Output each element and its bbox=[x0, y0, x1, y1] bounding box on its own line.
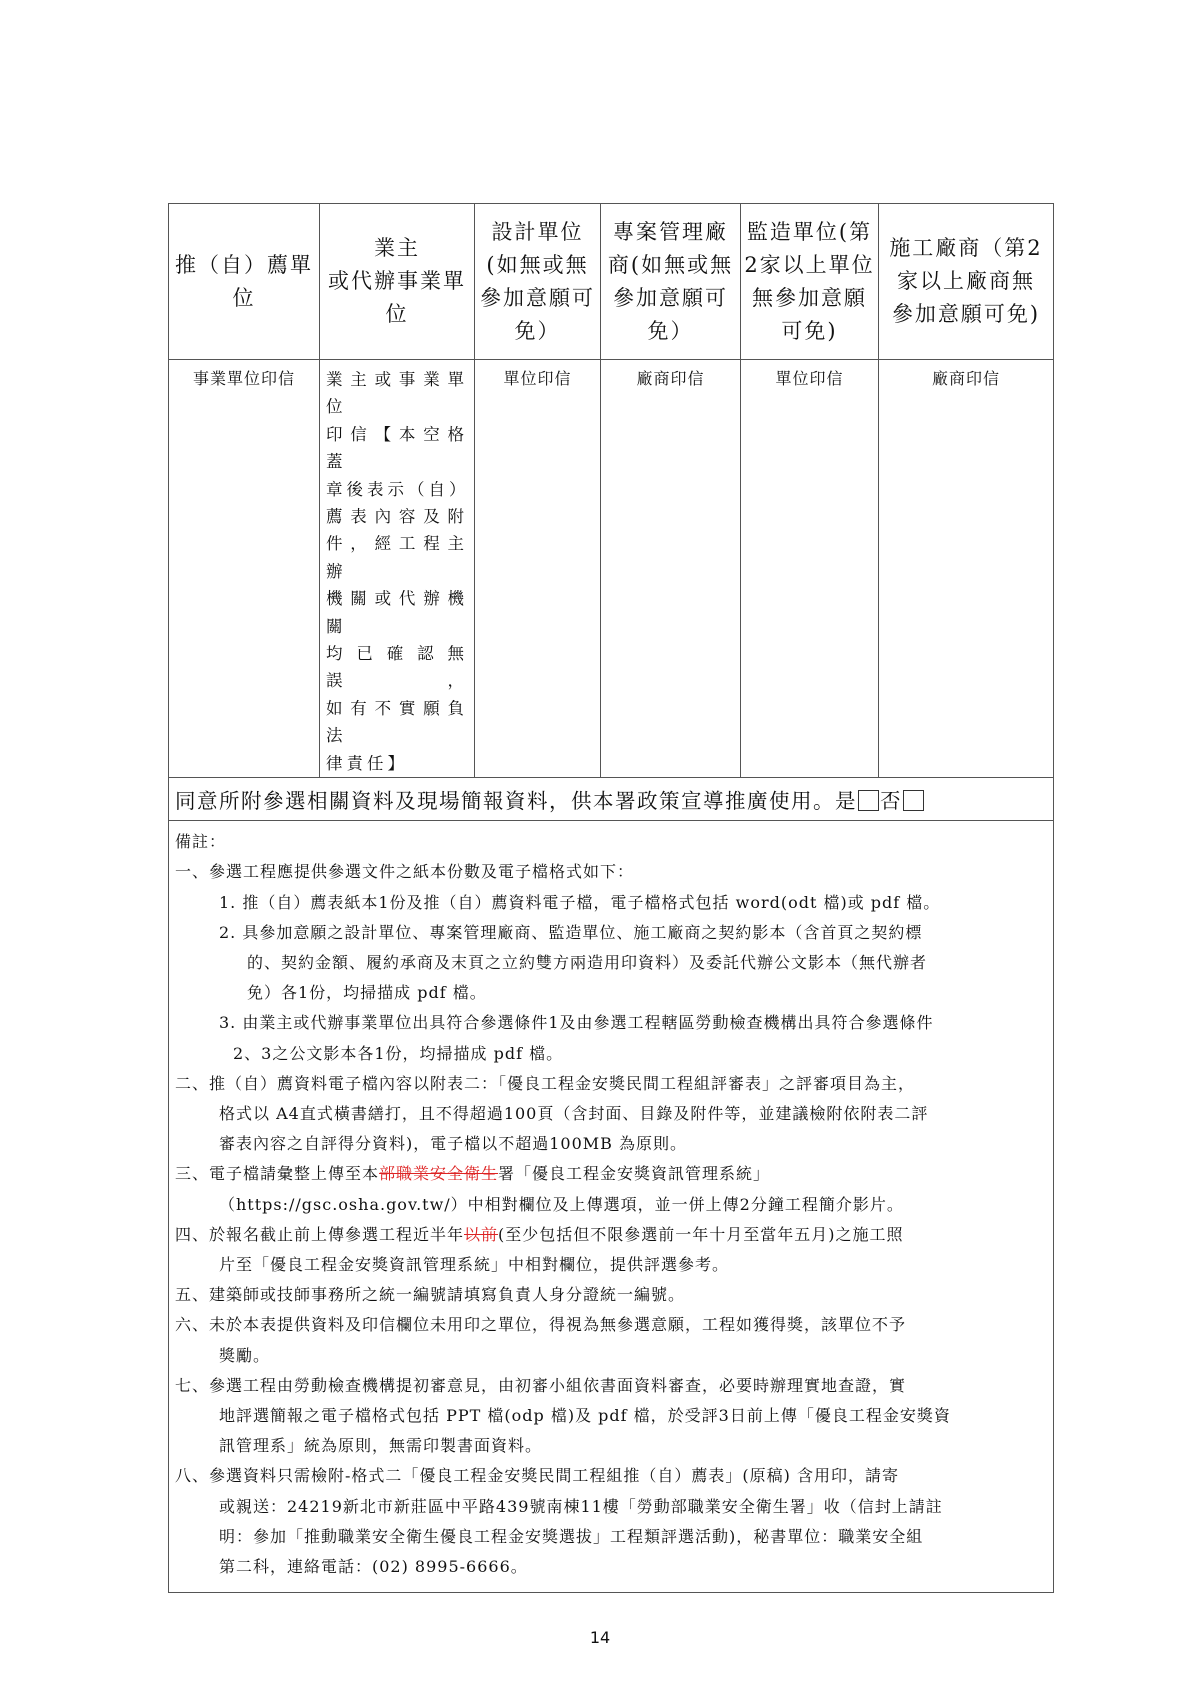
deleted-text: 以前 bbox=[464, 1225, 498, 1244]
consent-no-checkbox[interactable] bbox=[903, 790, 924, 811]
note-item-8: 八、參選資料只需檢附-格式二「優良工程金安獎民間工程組推（自）薦表」(原稿) 含… bbox=[175, 1461, 1047, 1491]
header-design-unit: 設計單位 (如無或無 參加意願可 免） bbox=[475, 204, 601, 360]
note-item-1: 一、參選工程應提供參選文件之紙本份數及電子檔格式如下： bbox=[175, 857, 1047, 887]
note-item-6: 六、未於本表提供資料及印信欄位未用印之單位，得視為無參選意願，工程如獲得獎，該單… bbox=[175, 1310, 1047, 1340]
recommendation-form-table: 推（自）薦單 位 業主 或代辦事業單 位 設計單位 (如無或無 參加意願可 免）… bbox=[168, 203, 1054, 1593]
note-item-1-sub-3: 3. 由業主或代辦事業單位出具符合參選條件1及由參選工程轄區勞動檢查機構出具符合… bbox=[175, 1008, 1047, 1038]
notes-cell: 備註： 一、參選工程應提供參選文件之紙本份數及電子檔格式如下： 1. 推（自）薦… bbox=[169, 821, 1054, 1593]
seal-cell-owner-pledge[interactable]: 業主或事業單位 印信【本空格蓋 章後表示（自） 薦表內容及附 件，經工程主辦 機… bbox=[320, 360, 475, 778]
note-item-1-sub-2: 2. 具參加意願之設計單位、專案管理廠商、監造單位、施工廠商之契約影本（含首頁之… bbox=[175, 918, 1047, 948]
osha-url-text: （https://gsc.osha.gov.tw/）中相對欄位及上傳選項，並一併… bbox=[175, 1190, 1047, 1220]
seal-cell-supervision-unit[interactable]: 單位印信 bbox=[741, 360, 879, 778]
consent-text: 同意所附參選相關資料及現場簡報資料，供本署政策宣導推廣使用。 bbox=[175, 789, 835, 813]
seal-cell-recommending-unit[interactable]: 事業單位印信 bbox=[169, 360, 320, 778]
consent-cell: 同意所附參選相關資料及現場簡報資料，供本署政策宣導推廣使用。是否 bbox=[169, 778, 1054, 821]
note-item-1-sub-1: 1. 推（自）薦表紙本1份及推（自）薦資料電子檔，電子檔格式包括 word(od… bbox=[175, 888, 1047, 918]
notes-title: 備註： bbox=[175, 827, 1047, 857]
note-item-3: 三、電子檔請彙整上傳至本部職業安全衛生署「優良工程金安獎資訊管理系統」 bbox=[175, 1159, 1047, 1189]
consent-row: 同意所附參選相關資料及現場簡報資料，供本署政策宣導推廣使用。是否 bbox=[169, 778, 1054, 821]
seal-cell-pm-firm[interactable]: 廠商印信 bbox=[601, 360, 741, 778]
note-item-7: 七、參選工程由勞動檢查機構提初審意見，由初審小組依書面資料審查，必要時辦理實地查… bbox=[175, 1371, 1047, 1401]
seal-cell-contractor[interactable]: 廠商印信 bbox=[879, 360, 1054, 778]
header-contractor: 施工廠商（第2 家以上廠商無 參加意願可免) bbox=[879, 204, 1054, 360]
note-item-4: 四、於報名截止前上傳參選工程近半年以前(至少包括但不限參選前一年十月至當年五月)… bbox=[175, 1220, 1047, 1250]
note-item-5: 五、建築師或技師事務所之統一編號請填寫負責人身分證統一編號。 bbox=[175, 1280, 1047, 1310]
header-row: 推（自）薦單 位 業主 或代辦事業單 位 設計單位 (如無或無 參加意願可 免）… bbox=[169, 204, 1054, 360]
header-supervision-unit: 監造單位(第 2家以上單位 無參加意願 可免) bbox=[741, 204, 879, 360]
note-item-2: 二、推（自）薦資料電子檔內容以附表二：「優良工程金安獎民間工程組評審表」之評審項… bbox=[175, 1069, 1047, 1099]
deleted-text: 部職業安全衛生 bbox=[379, 1164, 498, 1183]
seal-row: 事業單位印信 業主或事業單位 印信【本空格蓋 章後表示（自） 薦表內容及附 件，… bbox=[169, 360, 1054, 778]
header-owner-unit: 業主 或代辦事業單 位 bbox=[320, 204, 475, 360]
header-pm-firm: 專案管理廠 商(如無或無 參加意願可 免） bbox=[601, 204, 741, 360]
seal-cell-design-unit[interactable]: 單位印信 bbox=[475, 360, 601, 778]
header-recommending-unit: 推（自）薦單 位 bbox=[169, 204, 320, 360]
page-number: 14 bbox=[0, 1628, 1200, 1647]
consent-yes-label: 是 bbox=[835, 789, 857, 813]
notes-row: 備註： 一、參選工程應提供參選文件之紙本份數及電子檔格式如下： 1. 推（自）薦… bbox=[169, 821, 1054, 1593]
consent-yes-checkbox[interactable] bbox=[858, 790, 879, 811]
consent-no-label: 否 bbox=[880, 789, 902, 813]
